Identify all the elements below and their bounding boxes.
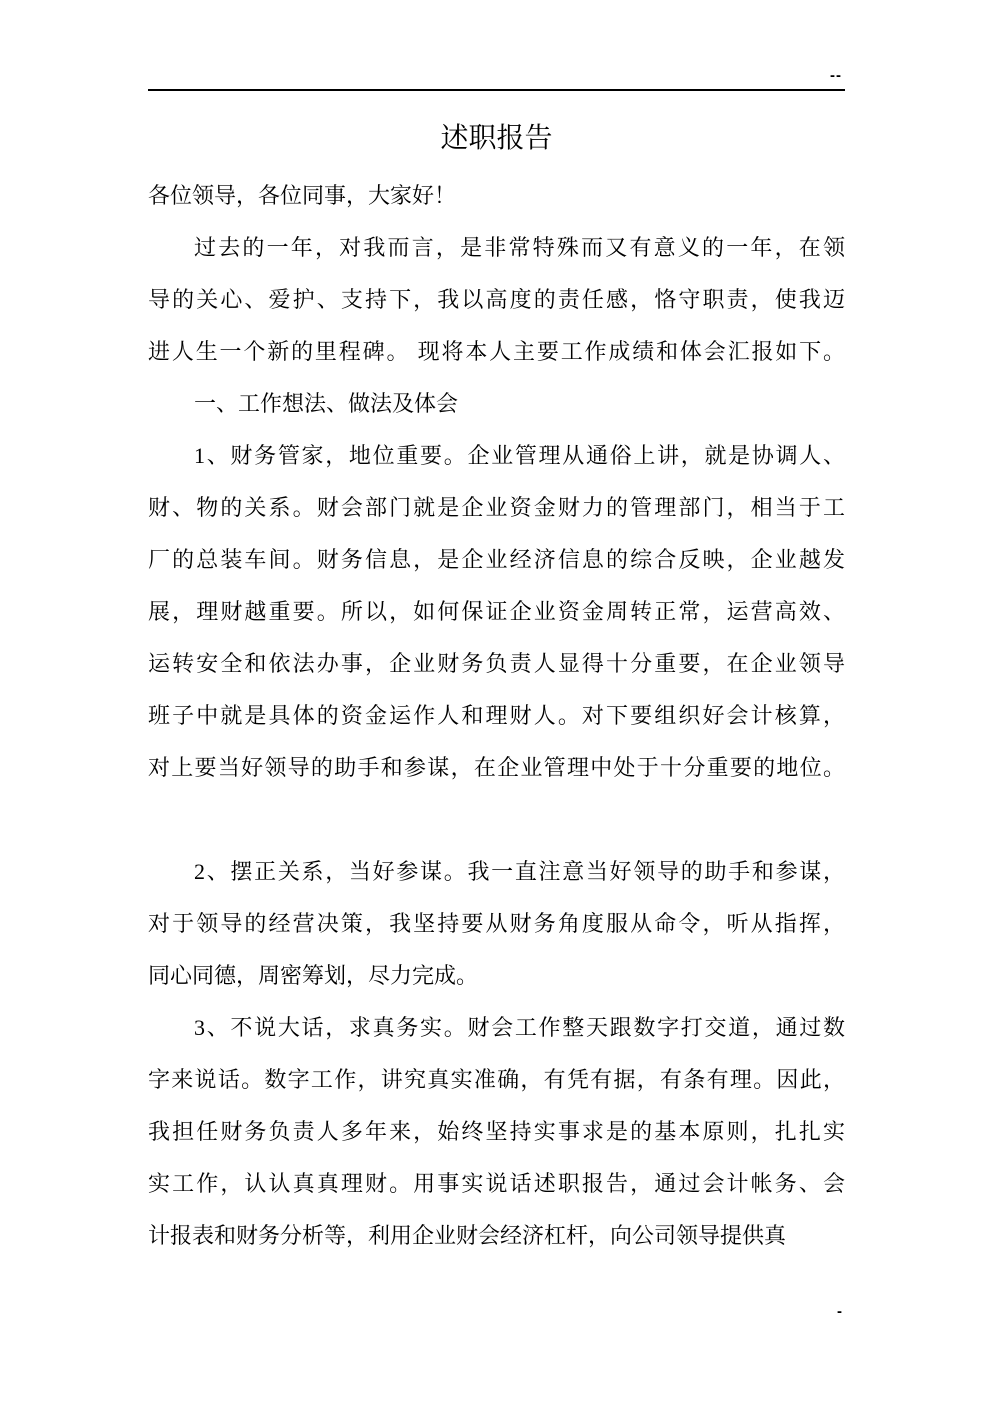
text-line: 字来说话。数字工作，讲究真实准确，有凭有据，有条有理。因此， [148,1054,845,1106]
blank-line [148,794,845,846]
text-line: 过去的一年，对我而言，是非常特殊而又有意义的一年，在领 [148,222,845,274]
paragraph: 1、财务管家，地位重要。企业管理从通俗上讲，就是协调人、财、物的关系。财会部门就… [148,430,845,794]
empty-text-line [148,794,845,846]
text-line: 财、物的关系。财会部门就是企业资金财力的管理部门，相当于工 [148,482,845,534]
text-line: 一、工作想法、做法及体会 [148,378,845,430]
paragraph: 各位领导，各位同事，大家好！ [148,170,845,222]
text-line: 展，理财越重要。所以，如何保证企业资金周转正常，运营高效、 [148,586,845,638]
text-line: 我担任财务负责人多年来，始终坚持实事求是的基本原则，扎扎实 [148,1106,845,1158]
document-body: 各位领导，各位同事，大家好！过去的一年，对我而言，是非常特殊而又有意义的一年，在… [148,170,845,1262]
header-rule [148,89,845,91]
text-line: 3、不说大话，求真务实。财会工作整天跟数字打交道，通过数 [148,1002,845,1054]
text-line: 对于领导的经营决策，我坚持要从财务角度服从命令，听从指挥， [148,898,845,950]
text-line: 进人生一个新的里程碑。 现将本人主要工作成绩和体会汇报如下。 [148,326,845,378]
text-line: 计报表和财务分析等，利用企业财会经济杠杆，向公司领导提供真 [148,1210,845,1262]
text-line: 厂的总装车间。财务信息，是企业经济信息的综合反映，企业越发 [148,534,845,586]
text-line: 对上要当好领导的助手和参谋，在企业管理中处于十分重要的地位。 [148,742,845,794]
text-line: 各位领导，各位同事，大家好！ [148,170,845,222]
paragraph: 2、摆正关系，当好参谋。我一直注意当好领导的助手和参谋，对于领导的经营决策，我坚… [148,846,845,1002]
text-line: 1、财务管家，地位重要。企业管理从通俗上讲，就是协调人、 [148,430,845,482]
footer-page-mark: - [148,1304,842,1319]
document-title: 述职报告 [148,120,845,158]
text-line: 同心同德，周密筹划，尽力完成。 [148,950,845,1002]
text-line: 运转安全和依法办事，企业财务负责人显得十分重要，在企业领导 [148,638,845,690]
paragraph: 过去的一年，对我而言，是非常特殊而又有意义的一年，在领导的关心、爱护、支持下，我… [148,222,845,378]
document-page: -- 述职报告 各位领导，各位同事，大家好！过去的一年，对我而言，是非常特殊而又… [0,0,993,1404]
paragraph: 3、不说大话，求真务实。财会工作整天跟数字打交道，通过数字来说话。数字工作，讲究… [148,1002,845,1262]
text-line: 导的关心、爱护、支持下，我以高度的责任感，恪守职责，使我迈 [148,274,845,326]
text-line: 实工作，认认真真理财。用事实说话述职报告，通过会计帐务、会 [148,1158,845,1210]
text-line: 班子中就是具体的资金运作人和理财人。对下要组织好会计核算， [148,690,845,742]
paragraph: 一、工作想法、做法及体会 [148,378,845,430]
text-line: 2、摆正关系，当好参谋。我一直注意当好领导的助手和参谋， [148,846,845,898]
header-page-mark: -- [148,68,842,83]
